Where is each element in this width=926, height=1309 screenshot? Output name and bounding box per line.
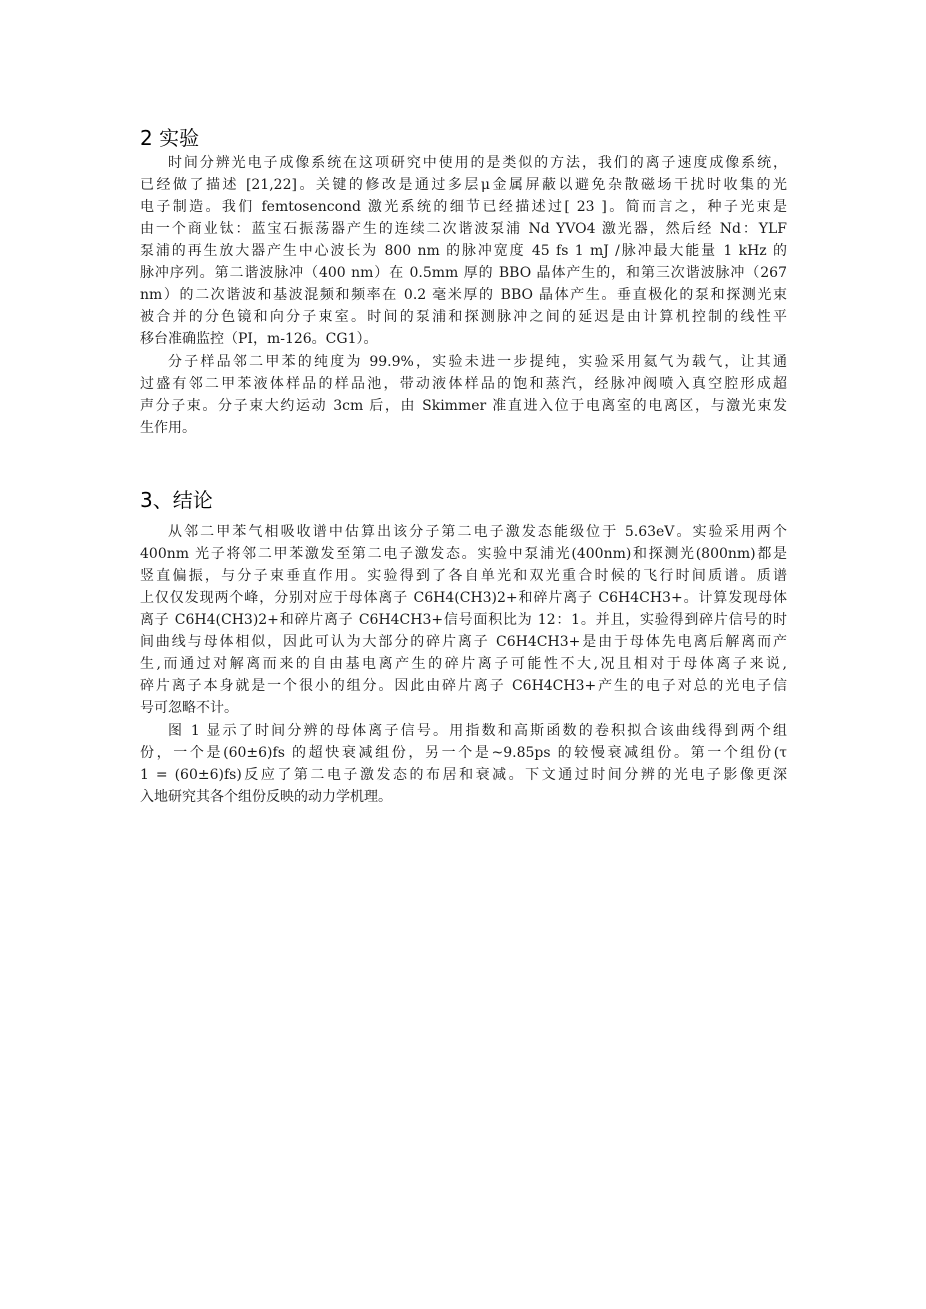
text-line: 从邻二甲苯气相吸收谱中估算出该分子第二电子激发态能级位于 5.63eV。实验采用… bbox=[168, 521, 787, 543]
text-line: 图 1 显示了时间分辨的母体离子信号。用指数和高斯函数的卷积拟合该曲线得到两个组 bbox=[168, 720, 787, 742]
text-line: 份，一个是(60±6)fs 的超快衰减组份，另一个是~9.85ps 的较慢衰减组… bbox=[140, 742, 787, 764]
text-line: 间曲线与母体相似，因此可认为大部分的碎片离子 C6H4CH3+是由于母体先电离后… bbox=[140, 631, 787, 653]
text-line: 脉冲序列。第二谐波脉冲（400 nm）在 0.5mm 厚的 BBO 晶体产生的，… bbox=[140, 262, 787, 284]
text-line: 号可忽略不计。 bbox=[140, 697, 787, 719]
text-line: 泵浦的再生放大器产生中心波长为 800 nm 的脉冲宽度 45 fs 1 mJ … bbox=[140, 240, 787, 262]
section-heading-conclusion: 3、结论 bbox=[140, 488, 213, 512]
text-line: 离子 C6H4(CH3)2+和碎片离子 C6H4CH3+信号面积比为 12：1。… bbox=[140, 609, 787, 631]
text-line: 生作用。 bbox=[140, 417, 787, 439]
text-line: 竖直偏振，与分子束垂直作用。实验得到了各自单光和双光重合时候的飞行时间质谱。质谱 bbox=[140, 565, 787, 587]
section-heading-experiment: 2 实验 bbox=[140, 126, 199, 150]
text-line: 生,而通过对解离而来的自由基电离产生的碎片离子可能性不大,况且相对于母体离子来说… bbox=[140, 653, 787, 675]
text-line: 时间分辨光电子成像系统在这项研究中使用的是类似的方法，我们的离子速度成像系统， bbox=[168, 152, 787, 174]
text-line: 碎片离子本身就是一个很小的组分。因此由碎片离子 C6H4CH3+产生的电子对总的… bbox=[140, 675, 787, 697]
text-line: 过盛有邻二甲苯液体样品的样品池，带动液体样品的饱和蒸汽，经脉冲阀喷入真空腔形成超 bbox=[140, 373, 787, 395]
text-line: 入地研究其各个组份反映的动力学机理。 bbox=[140, 786, 787, 808]
text-line: 上仅仅发现两个峰，分别对应于母体离子 C6H4(CH3)2+和碎片离子 C6H4… bbox=[140, 587, 787, 609]
text-line: nm）的二次谐波和基波混频和频率在 0.2 毫米厚的 BBO 晶体产生。垂直极化… bbox=[140, 284, 787, 306]
text-line: 移台准确监控（PI，m-126。CG1）。 bbox=[140, 328, 787, 350]
text-line: 电子制造。我们 femtosencond 激光系统的细节已经描述过[ 23 ]。… bbox=[140, 196, 787, 218]
text-line: 由一个商业钛：蓝宝石振荡器产生的连续二次谐波泵浦 Nd YVO4 激光器，然后经… bbox=[140, 218, 787, 240]
text-line: 被合并的分色镜和向分子束室。时间的泵浦和探测脉冲之间的延迟是由计算机控制的线性平 bbox=[140, 306, 787, 328]
text-line: 1 = (60±6)fs)反应了第二电子激发态的布居和衰减。下文通过时间分辨的光… bbox=[140, 764, 787, 786]
text-line: 声分子束。分子束大约运动 3cm 后，由 Skimmer 准直进入位于电离室的电… bbox=[140, 395, 787, 417]
text-line: 分子样品邻二甲苯的纯度为 99.9%，实验未进一步提纯，实验采用氦气为载气，让其… bbox=[168, 351, 787, 373]
text-line: 400nm 光子将邻二甲苯激发至第二电子激发态。实验中泵浦光(400nm)和探测… bbox=[140, 543, 787, 565]
text-line: 已经做了描述 [21,22]。关键的修改是通过多层μ金属屏蔽以避免杂散磁场干扰时… bbox=[140, 174, 787, 196]
